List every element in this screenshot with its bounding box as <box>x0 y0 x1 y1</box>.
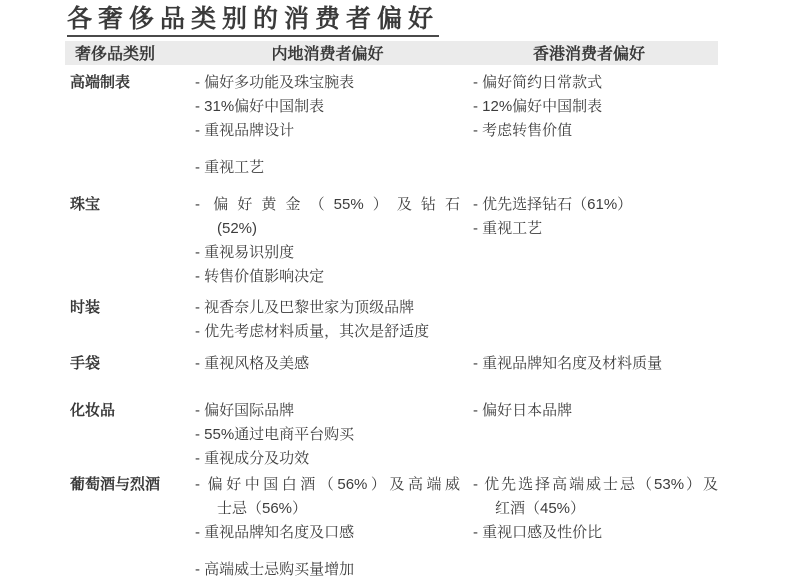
list-item-line: (52%) <box>215 217 460 241</box>
table-row: 珠宝- 偏好黄金（55%）及钻石(52%)- 重视易识别度- 转售价值影响决定-… <box>65 193 718 289</box>
list-item: - 考虑转售价值 <box>473 119 718 143</box>
hongkong-cell <box>460 296 718 344</box>
list-item: - 重视易识别度 <box>195 241 460 265</box>
list-item: - 重视风格及美感 <box>195 352 460 376</box>
category-cell: 葡萄酒与烈酒 <box>65 473 195 579</box>
hongkong-cell: - 重视品牌知名度及材料质量 <box>460 352 718 376</box>
table-header-row: 奢侈品类别 内地消费者偏好 香港消费者偏好 <box>65 41 718 65</box>
hongkong-cell: - 优先选择高端威士忌（53%）及红酒（45%）- 重视口感及性价比 <box>460 473 718 579</box>
hongkong-cell: - 偏好日本品牌 <box>460 399 718 471</box>
list-item-line: - 优先选择高端威士忌（53%）及 <box>493 473 718 497</box>
category-cell: 高端制表 <box>65 71 195 180</box>
list-item: - 31%偏好中国制表 <box>195 95 460 119</box>
list-item: - 优先考虑材料质量，其次是舒适度 <box>195 320 460 344</box>
list-item-line: - 偏好中国白酒（56%）及高端威 <box>215 473 460 497</box>
preferences-table: 奢侈品类别 内地消费者偏好 香港消费者偏好 高端制表- 偏好多功能及珠宝腕表- … <box>65 41 718 579</box>
mainland-cell: - 重视风格及美感 <box>195 352 460 376</box>
table-row: 葡萄酒与烈酒- 偏好中国白酒（56%）及高端威士忌（56%）- 重视品牌知名度及… <box>65 473 718 579</box>
list-item: - 重视成分及功效 <box>195 447 460 471</box>
list-item: - 重视品牌知名度及口感 <box>195 521 460 545</box>
list-item-line: - 偏好黄金（55%）及钻石 <box>215 193 460 217</box>
header-hongkong: 香港消费者偏好 <box>460 41 718 64</box>
mainland-cell: - 偏好中国白酒（56%）及高端威士忌（56%）- 重视品牌知名度及口感- 高端… <box>195 473 460 579</box>
list-item: - 重视品牌知名度及材料质量 <box>473 352 718 376</box>
list-item: - 重视品牌设计 <box>195 119 460 143</box>
category-cell: 珠宝 <box>65 193 195 289</box>
list-item: - 高端威士忌购买量增加 <box>195 558 460 579</box>
header-mainland: 内地消费者偏好 <box>195 41 460 64</box>
category-cell: 时装 <box>65 296 195 344</box>
page: 各奢侈品类别的消费者偏好 奢侈品类别 内地消费者偏好 香港消费者偏好 高端制表-… <box>0 0 800 579</box>
list-item: - 偏好黄金（55%）及钻石(52%) <box>195 193 460 241</box>
hongkong-cell: - 偏好简约日常款式- 12%偏好中国制表- 考虑转售价值 <box>460 71 718 180</box>
list-item: - 重视工艺 <box>473 217 718 241</box>
mainland-cell: - 偏好黄金（55%）及钻石(52%)- 重视易识别度- 转售价值影响决定 <box>195 193 460 289</box>
list-item: - 偏好国际品牌 <box>195 399 460 423</box>
list-item-line: 红酒（45%） <box>493 497 718 521</box>
list-item: - 偏好日本品牌 <box>473 399 718 423</box>
list-item: - 偏好中国白酒（56%）及高端威士忌（56%） <box>195 473 460 521</box>
table-row: 化妆品- 偏好国际品牌- 55%通过电商平台购买- 重视成分及功效- 偏好日本品… <box>65 399 718 471</box>
table-body: 高端制表- 偏好多功能及珠宝腕表- 31%偏好中国制表- 重视品牌设计- 重视工… <box>65 71 718 579</box>
list-item: - 偏好多功能及珠宝腕表 <box>195 71 460 95</box>
list-item: - 重视口感及性价比 <box>473 521 718 545</box>
list-item: - 12%偏好中国制表 <box>473 95 718 119</box>
mainland-cell: - 视香奈儿及巴黎世家为顶级品牌- 优先考虑材料质量，其次是舒适度 <box>195 296 460 344</box>
table-row: 时装- 视香奈儿及巴黎世家为顶级品牌- 优先考虑材料质量，其次是舒适度 <box>65 296 718 344</box>
list-item: - 优先选择高端威士忌（53%）及红酒（45%） <box>473 473 718 521</box>
list-item-line: 士忌（56%） <box>215 497 460 521</box>
category-cell: 化妆品 <box>65 399 195 471</box>
list-item: - 转售价值影响决定 <box>195 265 460 289</box>
list-item: - 优先选择钻石（61%） <box>473 193 718 217</box>
hongkong-cell: - 优先选择钻石（61%）- 重视工艺 <box>460 193 718 289</box>
table-row: 手袋- 重视风格及美感- 重视品牌知名度及材料质量 <box>65 352 718 376</box>
list-item: - 55%通过电商平台购买 <box>195 423 460 447</box>
page-title: 各奢侈品类别的消费者偏好 <box>67 6 439 37</box>
list-item: - 视香奈儿及巴黎世家为顶级品牌 <box>195 296 460 320</box>
list-item: - 重视工艺 <box>195 156 460 180</box>
category-cell: 手袋 <box>65 352 195 376</box>
mainland-cell: - 偏好国际品牌- 55%通过电商平台购买- 重视成分及功效 <box>195 399 460 471</box>
header-category: 奢侈品类别 <box>65 41 195 64</box>
table-row: 高端制表- 偏好多功能及珠宝腕表- 31%偏好中国制表- 重视品牌设计- 重视工… <box>65 71 718 180</box>
mainland-cell: - 偏好多功能及珠宝腕表- 31%偏好中国制表- 重视品牌设计- 重视工艺 <box>195 71 460 180</box>
list-item: - 偏好简约日常款式 <box>473 71 718 95</box>
